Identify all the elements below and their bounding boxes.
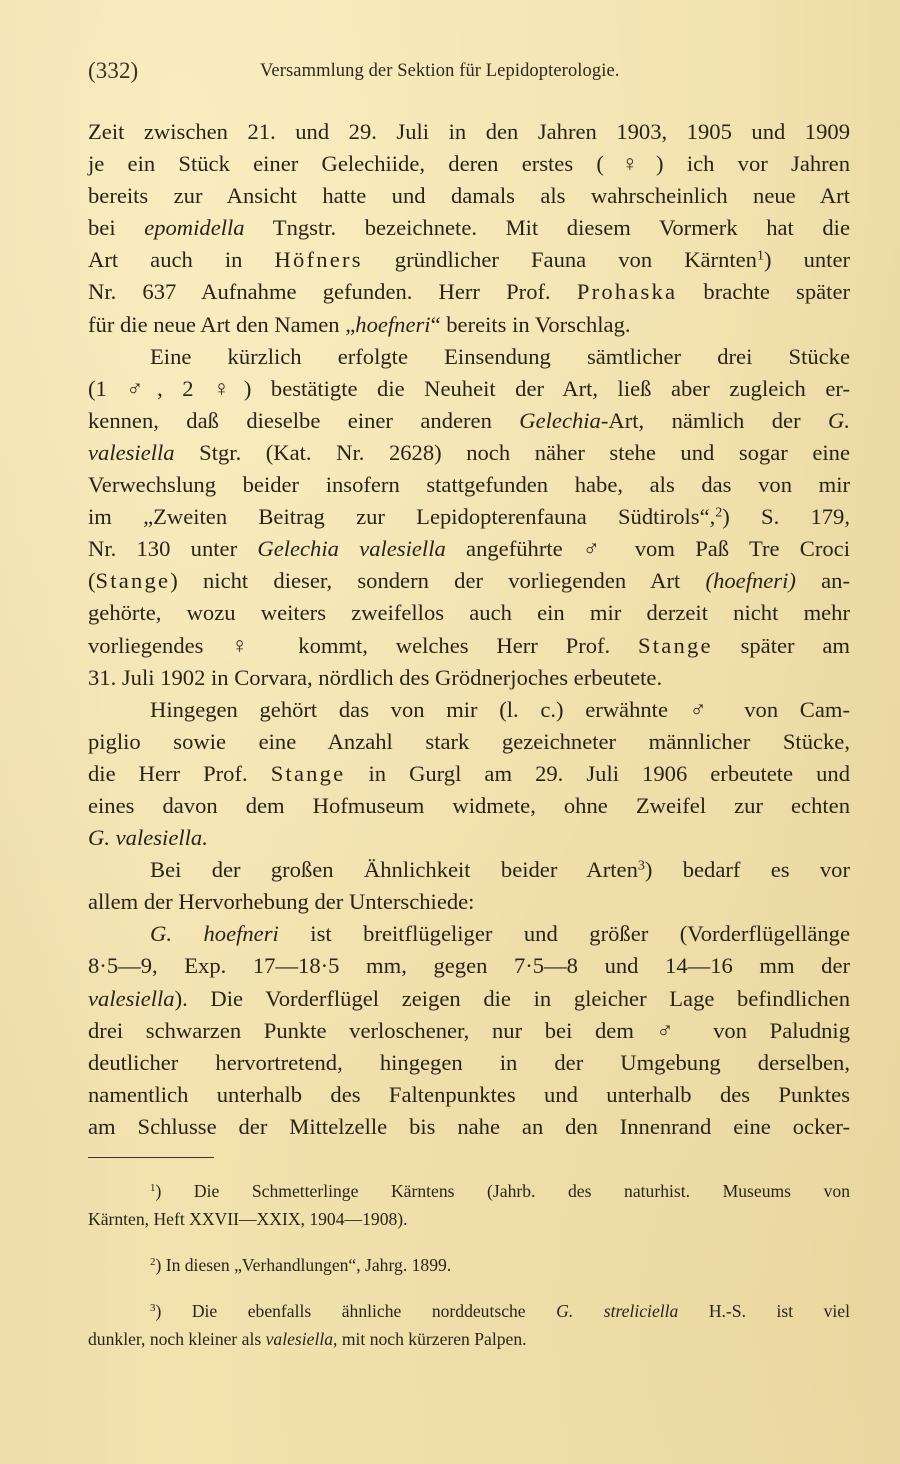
text-line: (Stange) nicht dieser, sondern der vorli… bbox=[88, 565, 850, 597]
paragraph: Hingegen gehört das von mir (l. c.) erwä… bbox=[88, 694, 850, 854]
text-run: deutlicher hervortretend, hingegen in de… bbox=[88, 1050, 850, 1075]
spaced-person-name: Prohaska bbox=[577, 279, 677, 304]
italic-taxon-name: valesiella bbox=[88, 440, 175, 465]
text-run: H.-S. ist viel bbox=[678, 1301, 850, 1321]
text-run: an- bbox=[796, 568, 850, 593]
text-line: Bei der großen Ähnlichkeit beider Arten3… bbox=[88, 854, 850, 886]
text-run: gehörte, wozu weiters zweifellos auch ei… bbox=[88, 600, 850, 625]
text-line: im „Zweiten Beitrag zur Lepidopterenfaun… bbox=[88, 501, 850, 533]
text-line: am Schlusse der Mittelzelle bis nahe an … bbox=[88, 1111, 850, 1143]
text-line: 31. Juli 1902 in Corvara, nördlich des G… bbox=[88, 662, 850, 694]
text-line: dunkler, noch kleiner als valesiella, mi… bbox=[88, 1325, 850, 1353]
italic-taxon-name: G. hoefneri bbox=[150, 921, 279, 946]
running-head-title: Versammlung der Sektion für Lepidopterol… bbox=[260, 61, 620, 82]
text-line: (1 ♂, 2 ♀) bestätigte die Neuheit der Ar… bbox=[88, 373, 850, 405]
running-head: (332) Versammlung der Sektion für Lepido… bbox=[88, 58, 850, 92]
text-run: 31. Juli 1902 in Corvara, nördlich des G… bbox=[88, 665, 662, 690]
spaced-person-name: Stange bbox=[271, 761, 346, 786]
text-run: (1 ♂, 2 ♀) bestätigte die Neuheit der Ar… bbox=[88, 376, 850, 401]
text-run: in Gurgl am 29. Juli 1906 erbeutete und bbox=[345, 761, 850, 786]
text-line: 8·5—9, Exp. 17—18·5 mm, gegen 7·5—8 und … bbox=[88, 950, 850, 982]
document-page: (332) Versammlung der Sektion für Lepido… bbox=[88, 58, 850, 1371]
text-line: Eine kürzlich erfolgte Einsendung sämtli… bbox=[88, 341, 850, 373]
text-run: Art auch in bbox=[88, 247, 275, 272]
text-run: ). Die Vorderflügel zeigen die in gleich… bbox=[175, 986, 850, 1011]
text-line: bereits zur Ansicht hatte und damals als… bbox=[88, 180, 850, 212]
italic-taxon-name: valesiella bbox=[88, 986, 175, 1011]
text-run: ) S. 179, bbox=[722, 504, 850, 529]
text-run: dunkler, noch kleiner als bbox=[88, 1329, 266, 1349]
text-line: Art auch in Höfners gründlicher Fauna vo… bbox=[88, 244, 850, 276]
paragraph: Bei der großen Ähnlichkeit beider Arten3… bbox=[88, 854, 850, 918]
text-run: im „Zweiten Beitrag zur Lepidopterenfaun… bbox=[88, 504, 715, 529]
text-line: Hingegen gehört das von mir (l. c.) erwä… bbox=[88, 694, 850, 726]
paragraph: G. hoefneri ist breitflügeliger und größ… bbox=[88, 918, 850, 1143]
text-run: Bei der großen Ähnlichkeit beider Arten bbox=[150, 857, 638, 882]
text-line: Kärnten, Heft XXVII—XXIX, 1904—1908). bbox=[88, 1205, 850, 1233]
text-run: ) In diesen „Verhandlungen“, Jahrg. 1899… bbox=[155, 1255, 451, 1275]
text-line: vorliegendes ♀ kommt, welches Herr Prof.… bbox=[88, 630, 850, 662]
text-line: 3) Die ebenfalls ähnliche norddeutsche G… bbox=[88, 1297, 850, 1325]
text-line: für die neue Art den Namen „hoefneri“ be… bbox=[88, 309, 850, 341]
footnote-reference: 1 bbox=[757, 249, 764, 264]
italic-taxon-name: epomidella bbox=[144, 215, 244, 240]
italic-taxon-name: G. valesiella. bbox=[88, 825, 208, 850]
text-line: Zeit zwischen 21. und 29. Juli in den Ja… bbox=[88, 116, 850, 148]
text-line: valesiella). Die Vorderflügel zeigen die… bbox=[88, 983, 850, 1015]
text-run: je ein Stück einer Gelechiide, deren ers… bbox=[88, 151, 850, 176]
text-run: ( bbox=[88, 568, 96, 593]
text-run: piglio sowie eine Anzahl stark gezeichne… bbox=[88, 729, 850, 754]
italic-taxon-name: Gelechia valesiella bbox=[257, 536, 445, 561]
text-line: Nr. 130 unter Gelechia valesiella angefü… bbox=[88, 533, 850, 565]
text-line: piglio sowie eine Anzahl stark gezeichne… bbox=[88, 726, 850, 758]
paragraph: Eine kürzlich erfolgte Einsendung sämtli… bbox=[88, 341, 850, 694]
text-run: für die neue Art den Namen „ bbox=[88, 312, 355, 337]
text-line: allem der Hervorhebung der Unterschiede: bbox=[88, 886, 850, 918]
text-run: am Schlusse der Mittelzelle bis nahe an … bbox=[88, 1114, 850, 1139]
italic-taxon-name: (hoefneri) bbox=[706, 568, 796, 593]
footnote-reference: 3 bbox=[638, 858, 645, 873]
text-line: G. hoefneri ist breitflügeliger und größ… bbox=[88, 918, 850, 950]
text-line: eines davon dem Hofmuseum widmete, ohne … bbox=[88, 790, 850, 822]
italic-taxon-name: hoefneri bbox=[355, 312, 430, 337]
text-run: brachte später bbox=[677, 279, 850, 304]
text-run: ) Die ebenfalls ähnliche norddeutsche bbox=[155, 1301, 556, 1321]
text-line: 2) In diesen „Verhandlungen“, Jahrg. 189… bbox=[88, 1251, 850, 1279]
text-line: je ein Stück einer Gelechiide, deren ers… bbox=[88, 148, 850, 180]
text-run: Nr. 637 Aufnahme gefunden. Herr Prof. bbox=[88, 279, 577, 304]
italic-taxon-name: G. bbox=[828, 408, 850, 433]
text-run: 8·5—9, Exp. 17—18·5 mm, gegen 7·5—8 und … bbox=[88, 953, 850, 978]
text-line: 1) Die Schmetterlinge Kärntens (Jahrb. d… bbox=[88, 1177, 850, 1205]
italic-taxon-name: Gelechia bbox=[519, 408, 601, 433]
italic-taxon-name: G. streliciella bbox=[556, 1301, 678, 1321]
text-run: ) nicht dieser, sondern der vorliegenden… bbox=[170, 568, 705, 593]
text-run: Zeit zwischen 21. und 29. Juli in den Ja… bbox=[88, 119, 850, 144]
text-run: allem der Hervorhebung der Unterschiede: bbox=[88, 889, 474, 914]
text-line: drei schwarzen Punkte verloschener, nur … bbox=[88, 1015, 850, 1047]
italic-taxon-name: valesiella bbox=[266, 1329, 333, 1349]
text-run: Eine kürzlich erfolgte Einsendung sämtli… bbox=[150, 344, 850, 369]
text-run: Tngstr. bezeichnete. Mit diesem Vormerk … bbox=[245, 215, 850, 240]
text-run: -Art, nämlich der bbox=[601, 408, 828, 433]
text-line: gehörte, wozu weiters zweifellos auch ei… bbox=[88, 597, 850, 629]
text-run: die Herr Prof. bbox=[88, 761, 271, 786]
text-run: bei bbox=[88, 215, 144, 240]
text-run: kennen, daß dieselbe einer anderen bbox=[88, 408, 519, 433]
text-run: angeführte ♂ vom Paß Tre Croci bbox=[446, 536, 850, 561]
text-line: bei epomidella Tngstr. bezeichnete. Mit … bbox=[88, 212, 850, 244]
footnote: 2) In diesen „Verhandlungen“, Jahrg. 189… bbox=[88, 1251, 850, 1279]
text-run: Hingegen gehört das von mir (l. c.) erwä… bbox=[150, 697, 850, 722]
text-line: Verwechslung beider insofern stattgefund… bbox=[88, 469, 850, 501]
text-run: gründlicher Fauna von Kärnten bbox=[363, 247, 757, 272]
footnote: 3) Die ebenfalls ähnliche norddeutsche G… bbox=[88, 1297, 850, 1353]
text-line: G. valesiella. bbox=[88, 822, 850, 854]
footnote: 1) Die Schmetterlinge Kärntens (Jahrb. d… bbox=[88, 1177, 850, 1233]
paragraph: Zeit zwischen 21. und 29. Juli in den Ja… bbox=[88, 116, 850, 341]
text-line: kennen, daß dieselbe einer anderen Gelec… bbox=[88, 405, 850, 437]
text-run: ist breitflügeliger und größer (Vorderfl… bbox=[279, 921, 850, 946]
footnote-rule bbox=[88, 1157, 214, 1158]
text-run: drei schwarzen Punkte verloschener, nur … bbox=[88, 1018, 850, 1043]
text-run: ) bedarf es vor bbox=[645, 857, 850, 882]
text-run: Kärnten, Heft XXVII—XXIX, 1904—1908). bbox=[88, 1209, 408, 1229]
text-line: Nr. 637 Aufnahme gefunden. Herr Prof. Pr… bbox=[88, 276, 850, 308]
text-run: später am bbox=[713, 633, 850, 658]
text-run: bereits zur Ansicht hatte und damals als… bbox=[88, 183, 850, 208]
text-run: Verwechslung beider insofern stattgefund… bbox=[88, 472, 850, 497]
text-line: deutlicher hervortretend, hingegen in de… bbox=[88, 1047, 850, 1079]
spaced-person-name: Stange bbox=[638, 633, 713, 658]
text-line: die Herr Prof. Stange in Gurgl am 29. Ju… bbox=[88, 758, 850, 790]
text-run: namentlich unterhalb des Faltenpunktes u… bbox=[88, 1082, 850, 1107]
text-run: ) unter bbox=[764, 247, 850, 272]
footnotes: 1) Die Schmetterlinge Kärntens (Jahrb. d… bbox=[88, 1177, 850, 1353]
body-text: Zeit zwischen 21. und 29. Juli in den Ja… bbox=[88, 116, 850, 1143]
text-run: eines davon dem Hofmuseum widmete, ohne … bbox=[88, 793, 850, 818]
text-run: ) Die Schmetterlinge Kärntens (Jahrb. de… bbox=[155, 1181, 850, 1201]
spaced-person-name: Höfners bbox=[275, 247, 363, 272]
spaced-person-name: Stange bbox=[96, 568, 171, 593]
text-run: Nr. 130 unter bbox=[88, 536, 257, 561]
page-number: (332) bbox=[88, 58, 138, 84]
text-run: , mit noch kürzeren Palpen. bbox=[333, 1329, 526, 1349]
text-run: Stgr. (Kat. Nr. 2628) noch näher stehe u… bbox=[175, 440, 850, 465]
text-line: valesiella Stgr. (Kat. Nr. 2628) noch nä… bbox=[88, 437, 850, 469]
text-line: namentlich unterhalb des Faltenpunktes u… bbox=[88, 1079, 850, 1111]
text-run: vorliegendes ♀ kommt, welches Herr Prof. bbox=[88, 633, 638, 658]
text-run: “ bereits in Vorschlag. bbox=[431, 312, 631, 337]
